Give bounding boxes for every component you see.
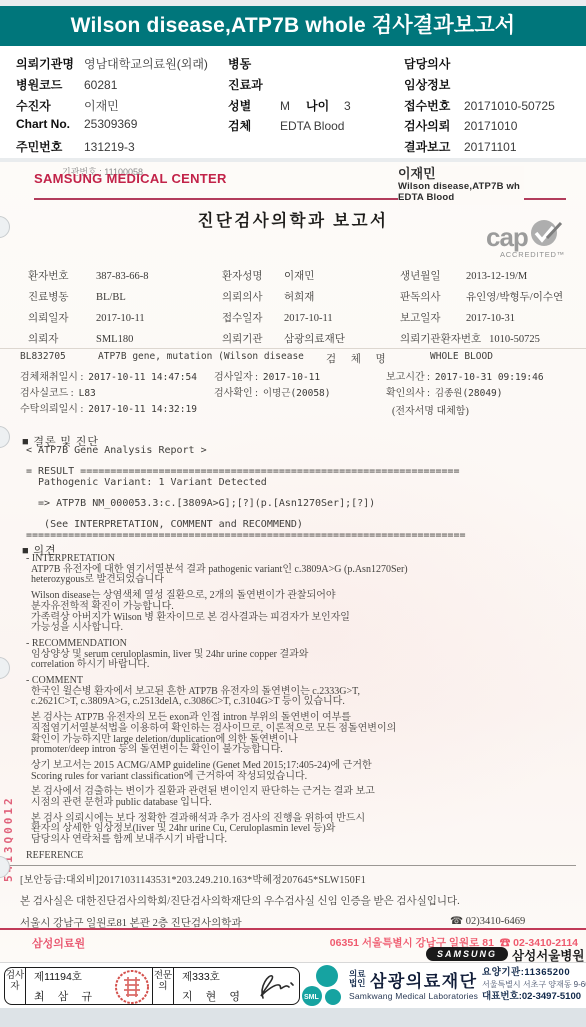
test-order-row: BL832705 ATP7B gene, mutation (Wilson di… (0, 351, 586, 365)
scan-test-name: Wilson disease,ATP7B wh (398, 181, 520, 192)
test-code: BL832705 (20, 351, 66, 362)
lab-accreditation-note: 본 검사실은 대한진단검사의학회/진단검사의학재단의 우수검사실 신임 인증을 … (20, 893, 460, 908)
test-name: ATP7B gene, mutation (Wilson disease (98, 351, 304, 362)
opinion-paragraph: 상기 보고서는 2015 ACMG/AMP guideline (Genet M… (26, 761, 560, 782)
specimen-value: WHOLE BLOOD (430, 351, 493, 362)
page-title: Wilson disease,ATP7B whole 검사결과보고서 (0, 6, 586, 46)
samsung-logo: SAMSUNG (426, 947, 508, 961)
result-block: < ATP7B Gene Analysis Report > = RESULT … (26, 446, 466, 541)
opinion-paragraph: 본 검사에서 검출하는 변이가 질환과 관련된 변이인지 판단하는 근거는 결과… (26, 787, 560, 808)
examiner-role-label: 검사자 (5, 968, 26, 1004)
samsung-hospital-logo-row: SAMSUNG 삼성서울병원 (0, 946, 586, 962)
sml-address: 서울특별시 서초구 양재동 9-60 (482, 979, 586, 991)
specialist-signature (253, 970, 297, 1009)
test-detail-row: 검사실코드 :L83 검사확인 :이명근(20058) 확인의사 :김종원(28… (0, 384, 586, 398)
sml-phone: 대표번호:02-3497-5100 (482, 991, 586, 1003)
security-divider (8, 865, 576, 866)
info-row: 진료과 (228, 76, 351, 97)
report-page: Wilson disease,ATP7B whole 검사결과보고서 의뢰기관명… (0, 0, 586, 1027)
laboratory-footer: 검사자 제11194호 최 삼 규 전문의 제333호 지 현 (0, 962, 586, 1008)
svg-text:ACCREDITED™: ACCREDITED™ (500, 250, 565, 259)
info-row: 병원코드60281 (16, 76, 208, 97)
svg-text:SML: SML (304, 994, 320, 1001)
test-detail-row: 수탁의뢰일시 :2017-10-11 14:32:19 (0, 400, 586, 414)
test-detail-row: 검체채취일시 :2017-10-11 14:47:54 검사일자 :2017-1… (0, 368, 586, 382)
bottom-margin-strip (0, 1008, 586, 1027)
examiner-cell: 제11194호 최 삼 규 (26, 968, 153, 1004)
opinion-paragraph: 본 검사는 ATP7B 유전자의 모든 exon과 인접 intron 부위의 … (26, 713, 560, 756)
sml-care-org-number: 요양기관:11365200 (482, 967, 586, 979)
patient-info-panel: 의뢰기관명영남대학교의료원(외래) 병원코드60281 수진자이재민 Chart… (0, 46, 586, 158)
opinion-paragraph: - RECOMMENDATION 임상양상 및 serum ceruloplas… (26, 639, 560, 671)
specialist-cell: 제333호 지 현 영 (174, 968, 299, 1004)
info-row: 병동 (228, 55, 351, 76)
info-row: 의뢰기관명영남대학교의료원(외래) (16, 55, 208, 76)
info-row: 수진자이재민 (16, 97, 208, 118)
department-phone: ☎ 02)3410-6469 (450, 915, 525, 927)
info-row: 임상정보 (404, 76, 555, 97)
info-row: 검체EDTA Blood (228, 117, 351, 138)
info-row: 주민번호131219-3 (16, 138, 208, 159)
info-row: 성별M나이3 (228, 97, 351, 118)
info-column-left: 의뢰기관명영남대학교의료원(외래) 병원코드60281 수진자이재민 Chart… (16, 55, 208, 159)
footer-rule (0, 928, 586, 930)
patient-table-row: 진료병동BL/BL 의뢰의사허희재 판독의사유인영/박형두/이수연 (0, 289, 586, 307)
scanned-report: 기관번호 : 11100058 SAMSUNG MEDICAL CENTER 이… (0, 162, 586, 962)
security-classification-line: [보안등급:대외비]20171031143531*203.249.210.163… (20, 871, 366, 886)
opinion-paragraph: REFERENCE (26, 851, 560, 862)
specialist-role-label: 전문의 (153, 968, 174, 1004)
patient-table-row: 환자번호387-83-66-8 환자성명이재민 생년월일2013-12-19/M (0, 268, 586, 286)
cap-accredited-logo: cap ACCREDITED™ (484, 218, 570, 265)
examiner-seal-stamp (114, 969, 150, 1010)
opinion-paragraph: Wilson disease는 상염색체 열성 질환으로, 2개의 돌연변이가 … (26, 591, 560, 634)
info-row: Chart No.25309369 (16, 117, 208, 138)
svg-text:cap: cap (486, 222, 528, 252)
patient-table-row: 의뢰자SML180 의뢰기관삼광의료재단 의뢰기관환자번호1010-50725 (0, 331, 586, 349)
opinion-block: - INTERPRETATION ATP7B 유전자에 대한 염기서열분석 결과… (26, 554, 560, 867)
opinion-paragraph: - COMMENT 한국인 윌슨병 환자에서 보고된 흔한 ATP7B 유전자의… (26, 676, 560, 708)
opinion-paragraph: 본 검사 의뢰시에는 보다 정확한 결과해석과 추가 검사의 진행을 위하여 반… (26, 814, 560, 846)
sml-logo: SML (300, 963, 346, 1014)
info-row: 담당의사 (404, 55, 555, 76)
sml-org-name: 삼광의료재단 (370, 967, 478, 992)
sml-org-type: 의료 법인 (349, 970, 365, 988)
certification-stamp-box: 검사자 제11194호 최 삼 규 전문의 제333호 지 현 (4, 967, 300, 1005)
info-column-right: 담당의사 임상정보 접수번호20171010-50725 검사의뢰2017101… (404, 55, 555, 159)
scan-patient-name: 이재민 (398, 166, 520, 181)
opinion-paragraph: - INTERPRETATION ATP7B 유전자에 대한 염기서열분석 결과… (26, 554, 560, 586)
info-row: 접수번호20171010-50725 (404, 97, 555, 118)
scan-specimen-type: EDTA Blood (398, 192, 520, 203)
samsung-medical-center-wordmark: SAMSUNG MEDICAL CENTER (34, 171, 227, 186)
sml-contact-block: 요양기관:11365200 서울특별시 서초구 양재동 9-60 대표번호:02… (482, 967, 586, 1003)
scan-header-patient-block: 이재민 Wilson disease,ATP7B wh EDTA Blood (398, 166, 524, 205)
info-row: 검사의뢰20171010 (404, 117, 555, 138)
table-divider (0, 348, 586, 349)
info-row: 결과보고20171101 (404, 138, 555, 159)
info-column-middle: 병동 진료과 성별M나이3 검체EDTA Blood (228, 55, 351, 138)
specimen-label: 검 체 명 (326, 351, 392, 366)
sml-org-name-english: Samkwang Medical Laboratories (349, 991, 478, 1001)
electronic-signature-note: (전자서명 대체함) (392, 402, 469, 417)
patient-table-row: 의뢰일자2017-10-11 접수일자2017-10-11 보고일자2017-1… (0, 310, 586, 328)
